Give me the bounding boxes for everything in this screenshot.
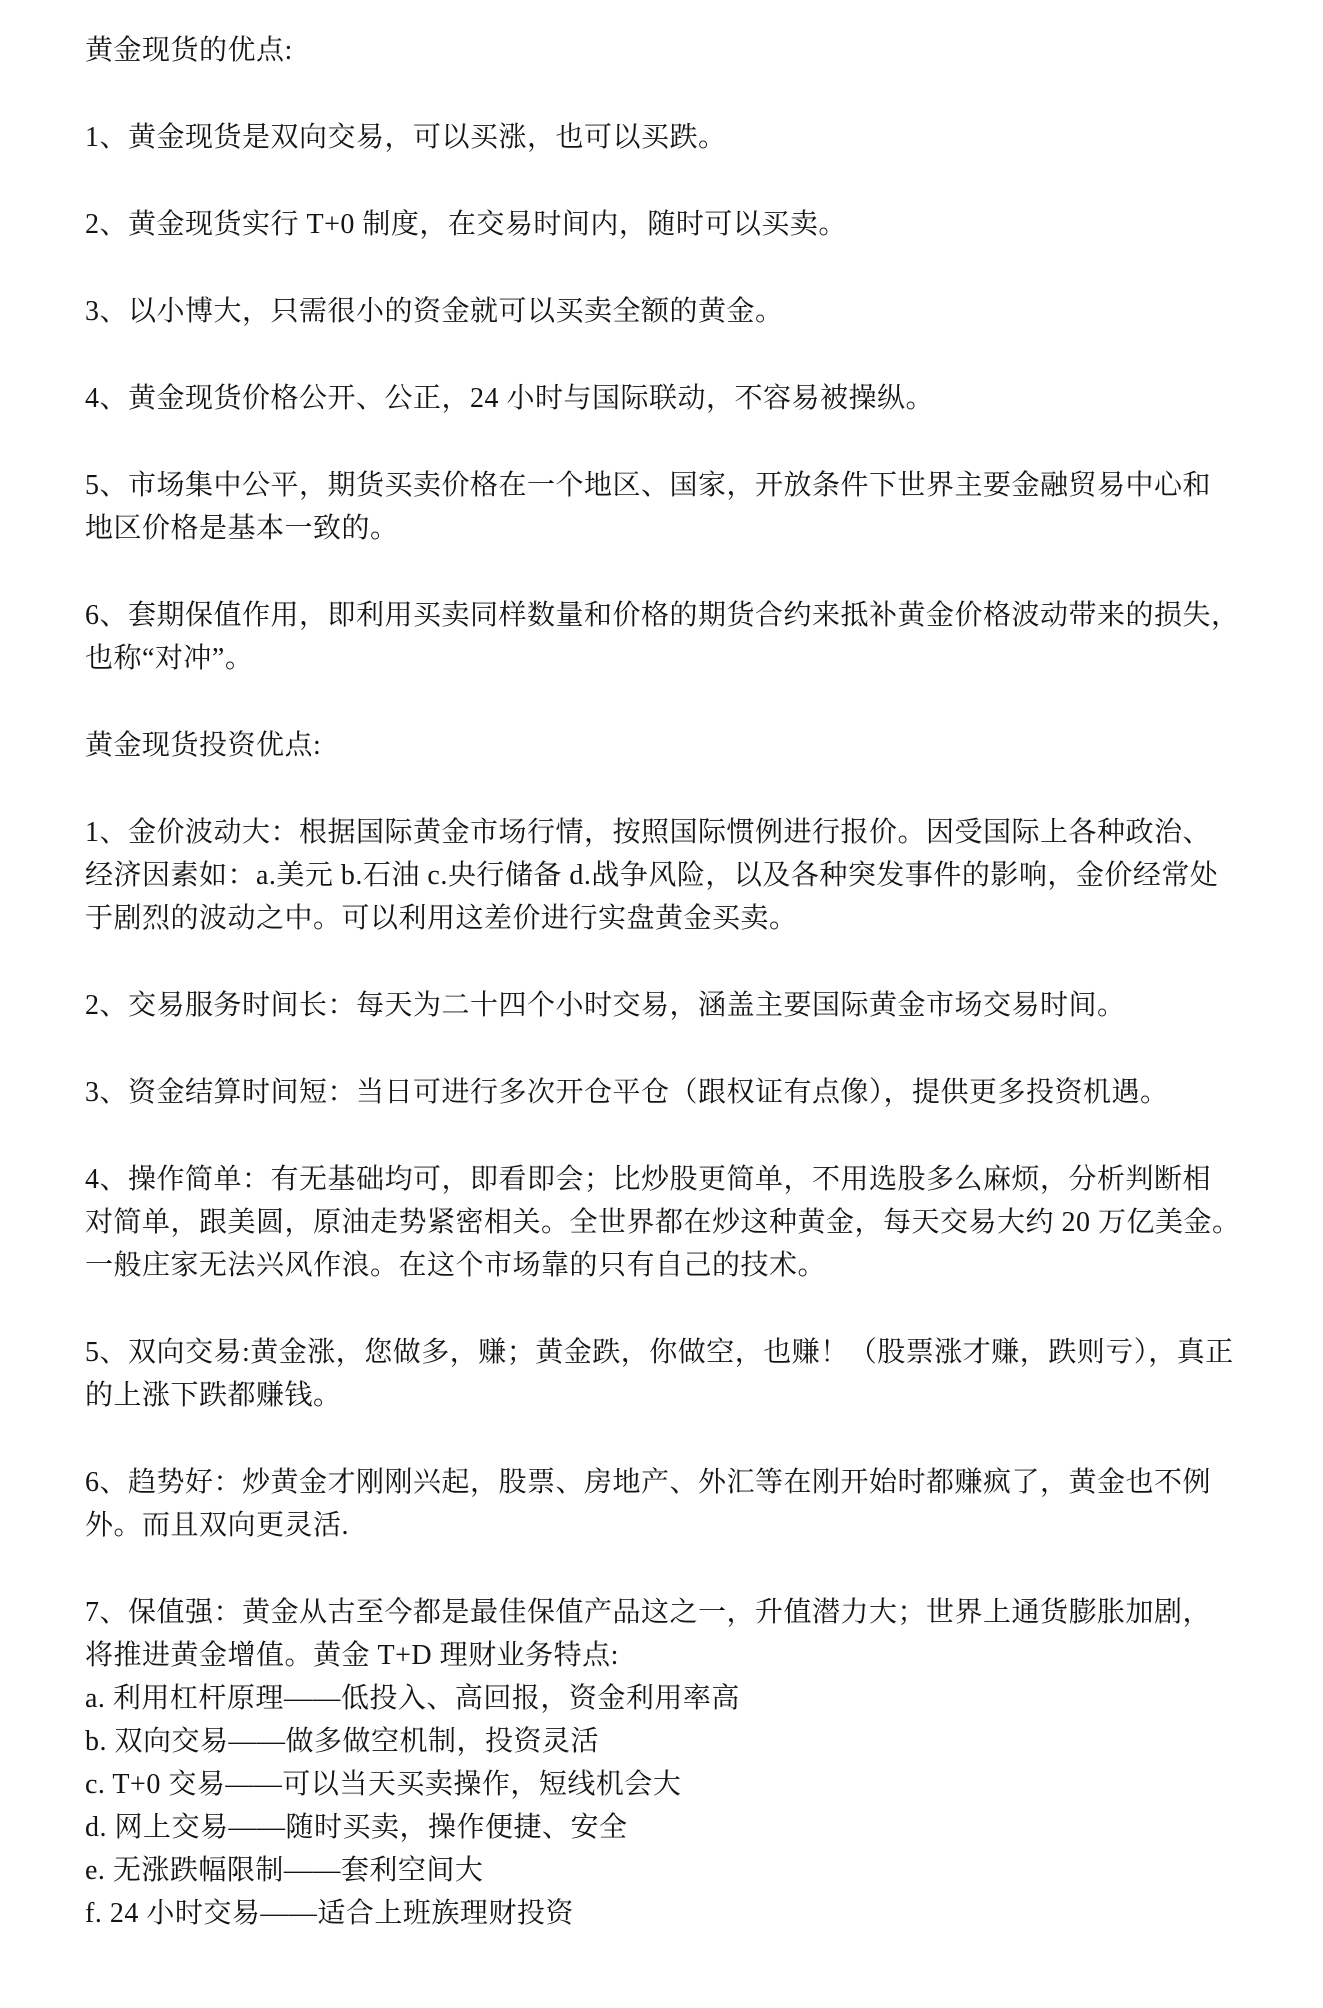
- section1-paragraph-5: 5、市场集中公平，期货买卖价格在一个地区、国家，开放条件下世界主要金融贸易中心和…: [85, 464, 1241, 550]
- section2-paragraph-6: 6、趋势好：炒黄金才刚刚兴起，股票、房地产、外汇等在刚开始时都赚疯了，黄金也不例…: [85, 1461, 1241, 1547]
- section2-heading: 黄金现货投资优点:: [85, 724, 1241, 767]
- section1-paragraph-4: 4、黄金现货价格公开、公正，24 小时与国际联动，不容易被操纵。: [85, 377, 1241, 420]
- section1-paragraph-6: 6、套期保值作用，即利用买卖同样数量和价格的期货合约来抵补黄金价格波动带来的损失…: [85, 594, 1241, 680]
- section2-paragraph-1: 1、金价波动大：根据国际黄金市场行情，按照国际惯例进行报价。因受国际上各种政治、…: [85, 811, 1241, 940]
- section2-paragraph-4: 4、操作简单：有无基础均可，即看即会；比炒股更简单，不用选股多么麻烦，分析判断相…: [85, 1158, 1241, 1287]
- section2-paragraph-2: 2、交易服务时间长：每天为二十四个小时交易，涵盖主要国际黄金市场交易时间。: [85, 984, 1241, 1027]
- document-page: 黄金现货的优点: 1、黄金现货是双向交易，可以买涨，也可以买跌。 2、黄金现货实…: [0, 0, 1323, 2008]
- section1-paragraph-3: 3、以小博大，只需很小的资金就可以买卖全额的黄金。: [85, 290, 1241, 333]
- section1-paragraph-2: 2、黄金现货实行 T+0 制度，在交易时间内，随时可以买卖。: [85, 203, 1241, 246]
- section2-paragraph-5: 5、双向交易:黄金涨，您做多，赚；黄金跌，你做空，也赚！（股票涨才赚，跌则亏），…: [85, 1331, 1241, 1417]
- section2-paragraph-7: 7、保值强：黄金从古至今都是最佳保值产品这之一，升值潜力大；世界上通货膨胀加剧，…: [85, 1591, 1241, 1935]
- section1-paragraph-1: 1、黄金现货是双向交易，可以买涨，也可以买跌。: [85, 116, 1241, 159]
- section1-heading: 黄金现货的优点:: [85, 29, 1241, 72]
- section2-paragraph-3: 3、资金结算时间短：当日可进行多次开仓平仓（跟权证有点像），提供更多投资机遇。: [85, 1071, 1241, 1114]
